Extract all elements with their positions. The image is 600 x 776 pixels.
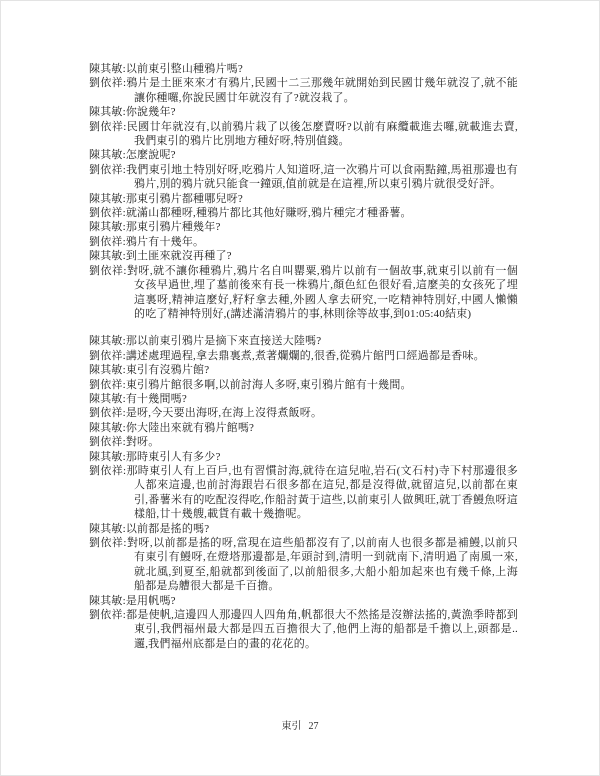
speaker-name: 劉依祥: xyxy=(89,609,126,621)
page-footer: 東引27 xyxy=(1,717,599,732)
speaker-name: 陳其敏: xyxy=(89,364,126,376)
utterance-text: 到土匪來就沒再種了? xyxy=(126,250,232,262)
utterance-text: 民國廿年就沒有,以前鴉片栽了以後怎麼賣呀?以前有麻纜載進去囉,就載進去賣,我們東… xyxy=(127,121,519,147)
utterance: 陳其敏:那東引鴉片種幾年? xyxy=(89,220,518,234)
speaker-name: 劉依祥: xyxy=(89,265,127,277)
utterance: 陳其敏:有十幾間嗎? xyxy=(89,392,518,406)
dialogue-block: 陳其敏:以前東引整山種鴉片嗎?劉依祥:鴉片是土匪來來才有鴉片,民國十二三那幾年就… xyxy=(89,62,518,321)
utterance: 陳其敏:以前都是搖的嗎? xyxy=(89,522,518,536)
utterance-text: 那時東引人有上百戶,也有習慣討海,就待在這兒啦,岩石(文石村)寺下村那邊很多人都… xyxy=(126,465,518,520)
speaker-name: 劉依祥: xyxy=(89,207,126,219)
utterance-text: 東引有沒鴉片館? xyxy=(126,364,209,376)
speaker-name: 劉依祥: xyxy=(89,350,126,362)
speaker-name: 劉依祥: xyxy=(89,77,126,89)
utterance: 陳其敏:是用帆嗎? xyxy=(89,594,518,608)
utterance: 陳其敏:到土匪來就沒再種了? xyxy=(89,249,518,263)
utterance: 劉依祥:是呀,今天要出海呀,在海上沒得煮飯呀。 xyxy=(89,406,518,420)
utterance-text: 對呀,以前都是搖的呀,當現在這些船都沒有了,以前南人也很多都是補鰻,以前只有東引… xyxy=(127,537,518,592)
utterance: 陳其敏:怎麼說呢? xyxy=(89,148,518,162)
utterance: 劉依祥:對呀,就不讓你種鴉片,鴉片名自叫罌粟,鴉片以前有一個故事,就東引以前有一… xyxy=(89,264,518,322)
utterance-text: 講述處理過程,拿去鼎裏煮,煮著爛爛的,很香,從鴉片館門口經過都是香味。 xyxy=(126,350,485,362)
utterance: 劉依祥:民國廿年就沒有,以前鴉片栽了以後怎麼賣呀?以前有麻纜載進去囉,就載進去賣… xyxy=(89,120,518,149)
utterance: 劉依祥:對呀,以前都是搖的呀,當現在這些船都沒有了,以前南人也很多都是補鰻,以前… xyxy=(89,536,518,594)
utterance-text: 你說幾年? xyxy=(126,106,176,118)
utterance-text: 對呀,就不讓你種鴉片,鴉片名自叫罌粟,鴉片以前有一個故事,就東引以前有一個女孩早… xyxy=(127,265,518,320)
speaker-name: 陳其敏: xyxy=(89,193,126,205)
utterance-text: 是用帆嗎? xyxy=(126,595,176,607)
speaker-name: 劉依祥: xyxy=(89,436,126,448)
speaker-name: 陳其敏: xyxy=(89,451,126,463)
utterance-text: 就滿山都種呀,種鴉片都比其他好賺呀,鴉片種完才種番薯。 xyxy=(126,207,412,219)
utterance: 陳其敏:東引有沒鴉片館? xyxy=(89,363,518,377)
speaker-name: 劉依祥: xyxy=(89,407,126,419)
speaker-name: 劉依祥: xyxy=(89,236,126,248)
speaker-name: 陳其敏: xyxy=(89,595,126,607)
utterance: 劉依祥:那時東引人有上百戶,也有習慣討海,就待在這兒啦,岩石(文石村)寺下村那邊… xyxy=(89,464,518,522)
utterance: 陳其敏:那東引鴉片都種哪兒呀? xyxy=(89,192,518,206)
utterance-text: 對呀。 xyxy=(126,436,160,448)
footer-book-title: 東引 xyxy=(282,721,302,732)
utterance: 劉依祥:東引鴉片館很多啊,以前討海人多呀,東引鴉片館有十幾間。 xyxy=(89,378,518,392)
utterance-text: 那以前東引鴉片是摘下來直接送大陸嗎? xyxy=(126,335,321,347)
speaker-name: 陳其敏: xyxy=(89,106,126,118)
speaker-name: 劉依祥: xyxy=(89,465,126,477)
utterance: 劉依祥:鴉片有十幾年。 xyxy=(89,235,518,249)
speaker-name: 陳其敏: xyxy=(89,422,126,434)
utterance: 劉依祥:講述處理過程,拿去鼎裏煮,煮著爛爛的,很香,從鴉片館門口經過都是香味。 xyxy=(89,349,518,363)
utterance: 陳其敏:你大陸出來就有鴉片館嗎? xyxy=(89,421,518,435)
speaker-name: 陳其敏: xyxy=(89,221,126,233)
speaker-name: 陳其敏: xyxy=(89,63,126,75)
utterance: 陳其敏:以前東引整山種鴉片嗎? xyxy=(89,62,518,76)
speaker-name: 陳其敏: xyxy=(89,393,126,405)
utterance-text: 東引鴉片館很多啊,以前討海人多呀,東引鴉片館有十幾間。 xyxy=(126,379,412,391)
speaker-name: 劉依祥: xyxy=(89,379,126,391)
utterance-text: 鴉片是土匪來來才有鴉片,民國十二三那幾年就開始到民國廿幾年就沒了,就不能讓你種囉… xyxy=(126,77,518,103)
utterance: 陳其敏:那時東引人有多少? xyxy=(89,450,518,464)
speaker-name: 劉依祥: xyxy=(89,121,127,133)
utterance-text: 是呀,今天要出海呀,在海上沒得煮飯呀。 xyxy=(126,407,322,419)
dialogue-block: 陳其敏:那以前東引鴉片是摘下來直接送大陸嗎?劉依祥:講述處理過程,拿去鼎裏煮,煮… xyxy=(89,334,518,651)
utterance-text: 我們東引地土特別好呀,吃鴉片人知道呀,這一次鴉片可以食兩點鐘,馬祖那邊也有鴉片,… xyxy=(126,164,518,190)
utterance-text: 都是使帆,這邊四人那邊四人四角角,帆都很大不然搖是沒辦法搖的,黃漁季時都到東引,… xyxy=(126,609,518,650)
speaker-name: 劉依祥: xyxy=(89,537,127,549)
utterance-text: 以前都是搖的嗎? xyxy=(126,523,209,535)
utterance-text: 那東引鴉片都種哪兒呀? xyxy=(126,193,243,205)
utterance: 劉依祥:我們東引地土特別好呀,吃鴉片人知道呀,這一次鴉片可以食兩點鐘,馬祖那邊也… xyxy=(89,163,518,192)
utterance: 劉依祥:就滿山都種呀,種鴉片都比其他好賺呀,鴉片種完才種番薯。 xyxy=(89,206,518,220)
utterance-text: 怎麼說呢? xyxy=(126,149,176,161)
utterance-text: 以前東引整山種鴉片嗎? xyxy=(126,63,243,75)
speaker-name: 陳其敏: xyxy=(89,250,126,262)
footer-page-number: 27 xyxy=(309,721,319,732)
utterance-text: 鴉片有十幾年。 xyxy=(126,236,204,248)
interview-transcript: 陳其敏:以前東引整山種鴉片嗎?劉依祥:鴉片是土匪來來才有鴉片,民國十二三那幾年就… xyxy=(89,62,518,651)
utterance-text: 那時東引人有多少? xyxy=(126,451,221,463)
utterance: 劉依祥:都是使帆,這邊四人那邊四人四角角,帆都很大不然搖是沒辦法搖的,黃漁季時都… xyxy=(89,608,518,651)
utterance: 劉依祥:對呀。 xyxy=(89,435,518,449)
utterance: 劉依祥:鴉片是土匪來來才有鴉片,民國十二三那幾年就開始到民國廿幾年就沒了,就不能… xyxy=(89,76,518,105)
speaker-name: 陳其敏: xyxy=(89,149,126,161)
utterance: 陳其敏:那以前東引鴉片是摘下來直接送大陸嗎? xyxy=(89,334,518,348)
speaker-name: 陳其敏: xyxy=(89,523,126,535)
utterance-text: 有十幾間嗎? xyxy=(126,393,187,405)
utterance-text: 你大陸出來就有鴉片館嗎? xyxy=(126,422,254,434)
speaker-name: 劉依祥: xyxy=(89,164,126,176)
document-page: 陳其敏:以前東引整山種鴉片嗎?劉依祥:鴉片是土匪來來才有鴉片,民國十二三那幾年就… xyxy=(0,0,600,776)
speaker-name: 陳其敏: xyxy=(89,335,126,347)
utterance-text: 那東引鴉片種幾年? xyxy=(126,221,221,233)
utterance: 陳其敏:你說幾年? xyxy=(89,105,518,119)
